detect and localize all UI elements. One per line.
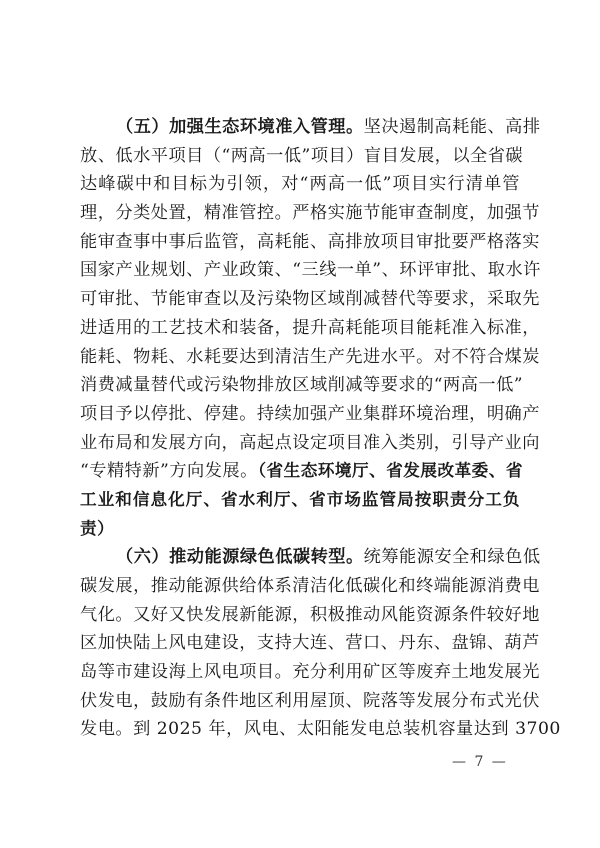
body-text: 发电。到 2025 年，风电、太阳能发电总装机容量达到 3700 [80, 719, 561, 739]
body-text: 达峰碳中和目标为引领，对“两高一低”项目实行清单管 [80, 174, 520, 194]
paragraph-section-6: （六）推动能源绿色低碳转型。统筹能源安全和绿色低碳发展，推动能源供给体系清洁化低… [80, 543, 520, 744]
body-text: 区加快陆上风电建设，支持大连、营口、丹东、盘锦、葫芦 [80, 633, 540, 653]
body-text: 伏发电，鼓励有条件地区利用屋顶、院落等发展分布式光伏 [80, 691, 540, 711]
responsible-agencies: 责） [80, 519, 114, 538]
text-line: 项目予以停批、停建。持续加强产业集群环境治理，明确产 [80, 400, 520, 429]
body-text: 岛等市建设海上风电项目。充分利用矿区等废弃土地发展光 [80, 662, 540, 682]
text-line: 可审批、节能审查以及污染物区域削减替代等要求，采取先 [80, 285, 520, 314]
text-line: 放、低水平项目（“两高一低”项目）盲目发展，以全省碳 [80, 142, 520, 171]
body-text: 进适用的工艺技术和装备，提升高耗能项目能耗准入标准， [80, 318, 540, 338]
text-line: 工业和信息化厅、省水利厅、省市场监管局按职责分工负 [80, 486, 520, 515]
text-line: 达峰碳中和目标为引领，对“两高一低”项目实行清单管 [80, 170, 520, 199]
body-text: 能耗、物耗、水耗要达到清洁生产先进水平。对不符合煤炭 [80, 347, 540, 367]
body-text: 消费减量替代或污染物排放区域削减等要求的“两高一低” [80, 375, 523, 395]
text-line: （六）推动能源绿色低碳转型。统筹能源安全和绿色低 [80, 543, 520, 572]
text-line: （五）加强生态环境准入管理。坚决遏制高耗能、高排 [80, 113, 520, 142]
responsible-agencies: （省生态环境厅、省发展改革委、省 [258, 461, 523, 480]
body-text: 可审批、节能审查以及污染物区域削减替代等要求，采取先 [80, 289, 540, 309]
text-line: 消费减量替代或污染物排放区域削减等要求的“两高一低” [80, 371, 520, 400]
body-text: 理，分类处置，精准管控。严格实施节能审查制度，加强节 [80, 203, 540, 223]
text-line: 气化。又好又快发展新能源，积极推动风能资源条件较好地 [80, 601, 520, 630]
body-text: 统筹能源安全和绿色低 [364, 547, 541, 567]
text-line: 发电。到 2025 年，风电、太阳能发电总装机容量达到 3700 [80, 715, 520, 744]
text-line: 能耗、物耗、水耗要达到清洁生产先进水平。对不符合煤炭 [80, 343, 520, 372]
paragraph-section-5: （五）加强生态环境准入管理。坚决遏制高耗能、高排放、低水平项目（“两高一低”项目… [80, 113, 520, 543]
text-line: 业布局和发展方向，高起点设定项目准入类别，引导产业向 [80, 429, 520, 458]
body-text: 气化。又好又快发展新能源，积极推动风能资源条件较好地 [80, 605, 540, 625]
page-number: — 7 — [452, 754, 508, 770]
text-line: 碳发展，推动能源供给体系清洁化低碳化和终端能源消费电 [80, 572, 520, 601]
body-text: 业布局和发展方向，高起点设定项目准入类别，引导产业向 [80, 433, 540, 453]
body-text: 碳发展，推动能源供给体系清洁化低碳化和终端能源消费电 [80, 576, 540, 596]
body-text: 坚决遏制高耗能、高排 [364, 117, 541, 137]
section-heading: （五）加强生态环境准入管理。 [116, 117, 364, 137]
text-line: 理，分类处置，精准管控。严格实施节能审查制度，加强节 [80, 199, 520, 228]
text-line: 进适用的工艺技术和装备，提升高耗能项目能耗准入标准， [80, 314, 520, 343]
body-text: 能审查事中事后监管，高耗能、高排放项目审批要严格落实 [80, 232, 540, 252]
body-text: 项目予以停批、停建。持续加强产业集群环境治理，明确产 [80, 404, 540, 424]
responsible-agencies: 工业和信息化厅、省水利厅、省市场监管局按职责分工负 [80, 490, 520, 509]
text-line: 岛等市建设海上风电项目。充分利用矿区等废弃土地发展光 [80, 658, 520, 687]
text-line: 区加快陆上风电建设，支持大连、营口、丹东、盘锦、葫芦 [80, 629, 520, 658]
text-line: “专精特新”方向发展。（省生态环境厅、省发展改革委、省 [80, 457, 520, 486]
text-line: 能审查事中事后监管，高耗能、高排放项目审批要严格落实 [80, 228, 520, 257]
text-line: 国家产业规划、产业政策、“三线一单”、环评审批、取水许 [80, 256, 520, 285]
document-body: （五）加强生态环境准入管理。坚决遏制高耗能、高排放、低水平项目（“两高一低”项目… [80, 113, 520, 744]
body-text: “专精特新”方向发展。 [80, 461, 258, 481]
body-text: 放、低水平项目（“两高一低”项目）盲目发展，以全省碳 [80, 146, 523, 166]
body-text: 国家产业规划、产业政策、“三线一单”、环评审批、取水许 [80, 260, 541, 280]
text-line: 责） [80, 515, 520, 544]
section-heading: （六）推动能源绿色低碳转型。 [116, 547, 364, 567]
text-line: 伏发电，鼓励有条件地区利用屋顶、院落等发展分布式光伏 [80, 687, 520, 716]
